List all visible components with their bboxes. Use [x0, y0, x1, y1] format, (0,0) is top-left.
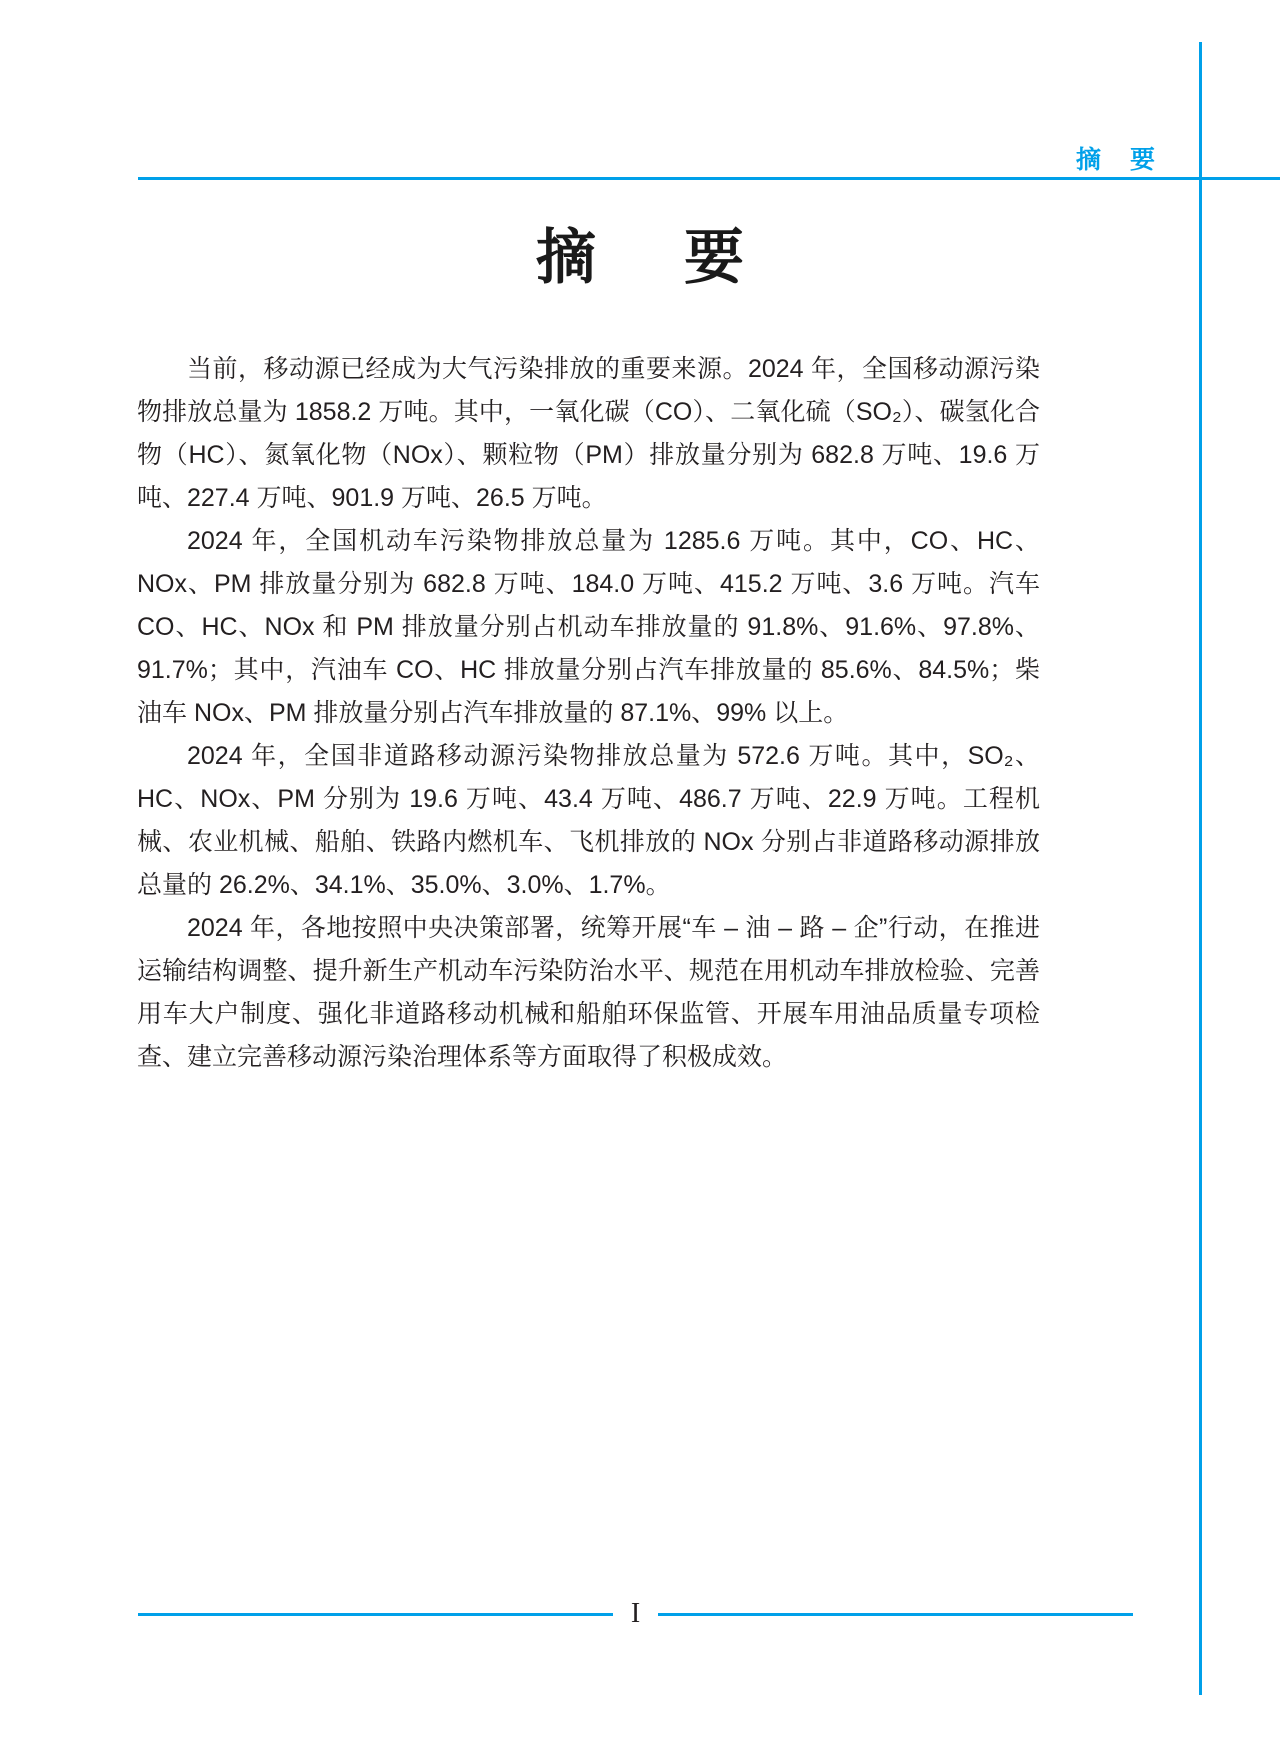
footer: I: [138, 1596, 1133, 1632]
header-rule: [138, 177, 1280, 180]
paragraph-nonroad: 2024 年，全国非道路移动源污染物排放总量为 572.6 万吨。其中，SO₂、…: [137, 735, 1040, 907]
paragraph-overview: 当前，移动源已经成为大气污染排放的重要来源。2024 年，全国移动源污染物排放总…: [137, 348, 1040, 520]
running-header-label: 摘 要: [1076, 140, 1157, 176]
footer-rule-left: [138, 1613, 613, 1616]
page-title-char-2: 要: [684, 226, 744, 290]
report-abstract-page: 摘 要 摘 要 当前，移动源已经成为大气污染排放的重要来源。2024 年，全国移…: [0, 0, 1280, 1737]
paragraph-actions: 2024 年，各地按照中央决策部署，统筹开展“车 – 油 – 路 – 企”行动，…: [137, 907, 1040, 1079]
page-title: 摘 要: [0, 226, 1280, 290]
body-text-block: 当前，移动源已经成为大气污染排放的重要来源。2024 年，全国移动源污染物排放总…: [137, 348, 1040, 1079]
page-title-char-1: 摘: [536, 226, 596, 290]
page-number: I: [613, 1596, 658, 1632]
footer-rule-right: [658, 1613, 1133, 1616]
paragraph-vehicles: 2024 年，全国机动车污染物排放总量为 1285.6 万吨。其中，CO、HC、…: [137, 520, 1040, 735]
